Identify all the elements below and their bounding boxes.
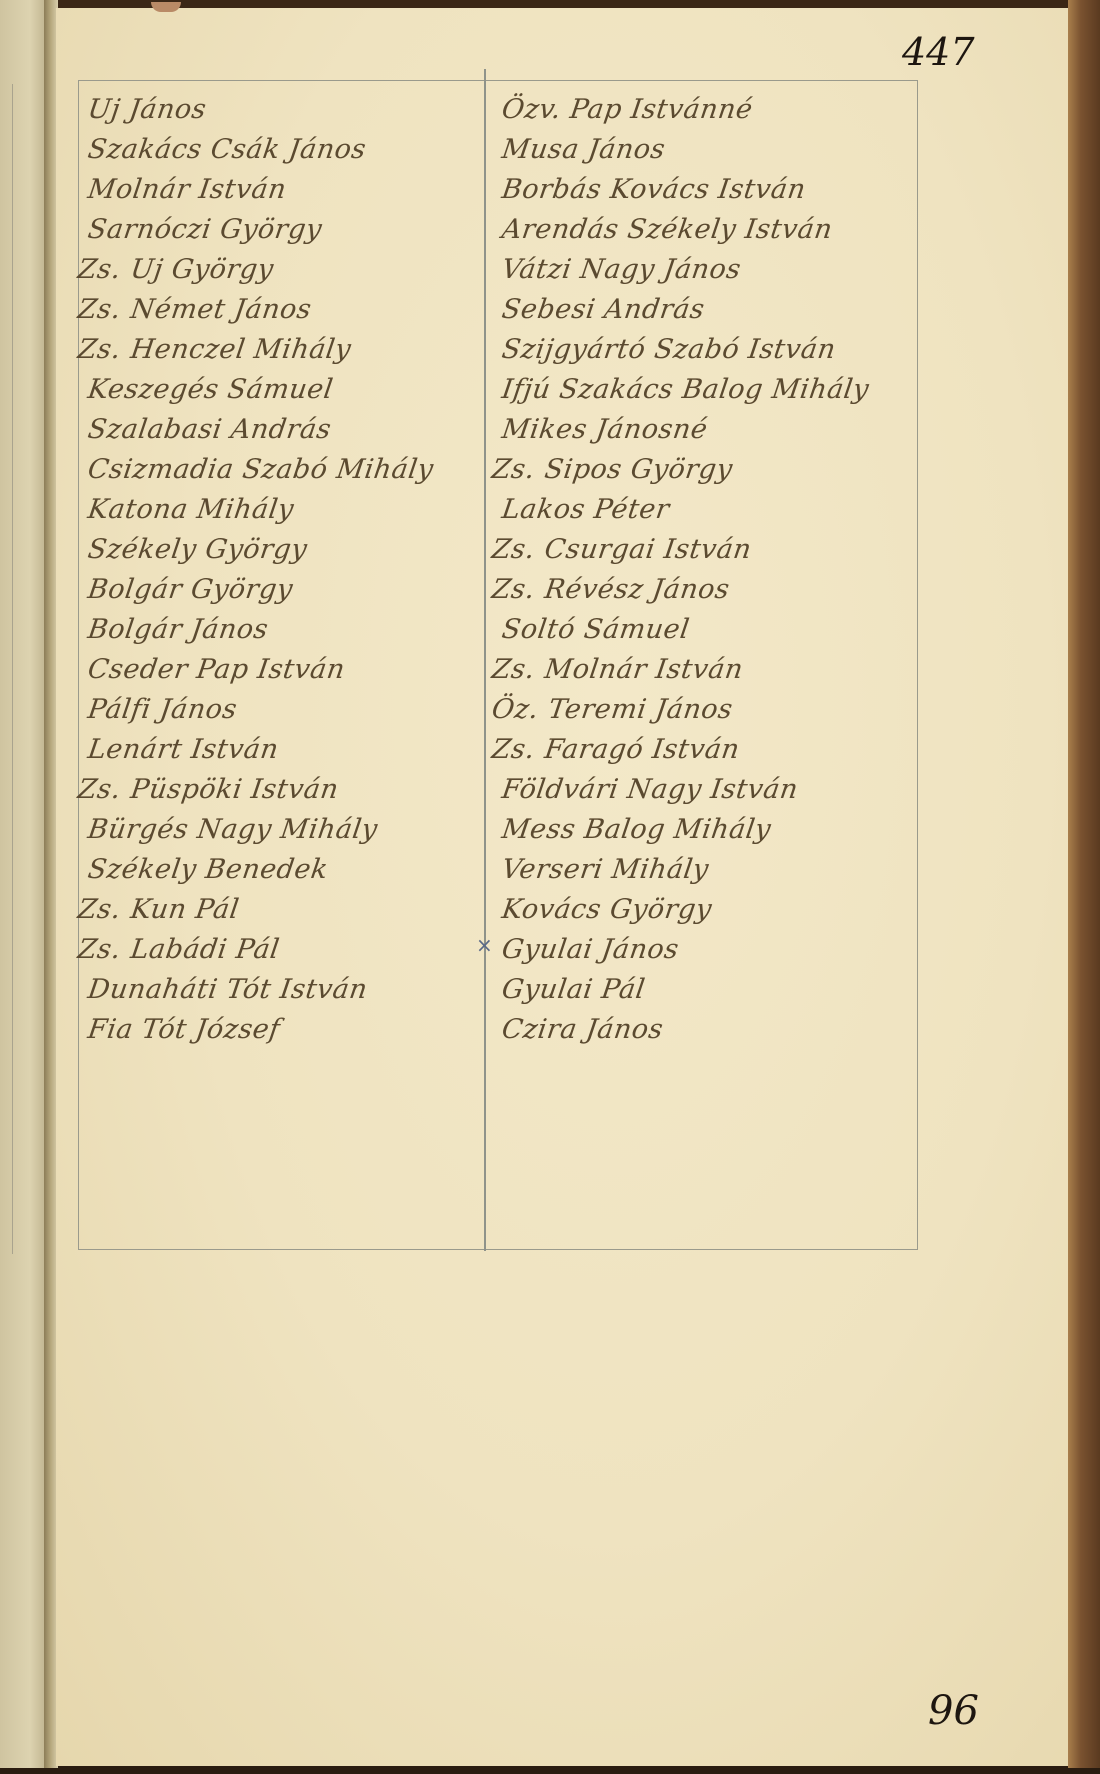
list-item: Dunaháti Tót István	[75, 970, 481, 1010]
list-item: Zs.Német János	[75, 290, 481, 330]
list-item: Öz.Teremi János	[489, 690, 925, 730]
list-item: Ifjú Szakács Balog Mihály	[489, 370, 925, 410]
left-name-column: Uj János Szakács Csák János Molnár Istvá…	[78, 90, 478, 1050]
list-item: Zs.Révész János	[489, 570, 925, 610]
list-item: Fia Tót József	[75, 1010, 481, 1050]
list-item: Zs.Labádi Pál	[75, 930, 481, 970]
list-item: Özv. Pap Istvánné	[489, 90, 925, 130]
list-item: Pálfi János	[75, 690, 481, 730]
list-item: Bürgés Nagy Mihály	[75, 810, 481, 850]
list-item: Lenárt István	[75, 730, 481, 770]
list-item: Gyulai Pál	[489, 970, 925, 1010]
list-item: Sarnóczi György	[75, 210, 481, 250]
book-bottom-edge	[0, 1768, 1100, 1774]
list-item: Zs.Csurgai István	[489, 530, 925, 570]
list-item: Székely Benedek	[75, 850, 481, 890]
page-number: 447	[902, 30, 975, 74]
list-item: Mikes Jánosné	[489, 410, 925, 450]
list-item: Bolgár János	[75, 610, 481, 650]
list-item: Soltó Sámuel	[489, 610, 925, 650]
list-item: Vátzi Nagy János	[489, 250, 925, 290]
list-item: Zs.Faragó István	[489, 730, 925, 770]
list-item: Arendás Székely István	[489, 210, 925, 250]
list-item: Zs.Uj György	[75, 250, 481, 290]
list-item: Verseri Mihály	[489, 850, 925, 890]
list-item: Szakács Csák János	[75, 130, 481, 170]
list-item: Mess Balog Mihály	[489, 810, 925, 850]
list-item: Zs.Henczel Mihály	[75, 330, 481, 370]
list-item: Kovács György	[489, 890, 925, 930]
column-divider	[484, 69, 486, 1251]
book-cover-edge	[1068, 0, 1100, 1774]
right-name-column: Özv. Pap Istvánné Musa János Borbás Ková…	[492, 90, 922, 1050]
folio-number: 96	[928, 1688, 979, 1734]
list-item: Székely György	[75, 530, 481, 570]
list-item: Cseder Pap István	[75, 650, 481, 690]
list-item: Zs.Molnár István	[489, 650, 925, 690]
list-item: Molnár István	[75, 170, 481, 210]
facing-page-rule	[12, 84, 13, 1254]
list-item: Lakos Péter	[489, 490, 925, 530]
list-item: Keszegés Sámuel	[75, 370, 481, 410]
list-item: Szijgyártó Szabó István	[489, 330, 925, 370]
list-item: Uj János	[75, 90, 481, 130]
list-item: Bolgár György	[75, 570, 481, 610]
list-item: Csizmadia Szabó Mihály	[75, 450, 481, 490]
seal-stamp	[151, 2, 181, 12]
list-item: Zs.Sipos György	[489, 450, 925, 490]
list-item: Földvári Nagy István	[489, 770, 925, 810]
list-item: Katona Mihály	[75, 490, 481, 530]
list-item: Zs.Kun Pál	[75, 890, 481, 930]
list-item: Szalabasi András	[75, 410, 481, 450]
list-item: Sebesi András	[489, 290, 925, 330]
list-item: Gyulai János	[489, 930, 925, 970]
list-item: Zs.Püspöki István	[75, 770, 481, 810]
facing-page-edge	[0, 0, 50, 1774]
list-item: Musa János	[489, 130, 925, 170]
list-item: Borbás Kovács István	[489, 170, 925, 210]
cross-mark-icon: ×	[476, 933, 493, 957]
list-item: Czira János	[489, 1010, 925, 1050]
